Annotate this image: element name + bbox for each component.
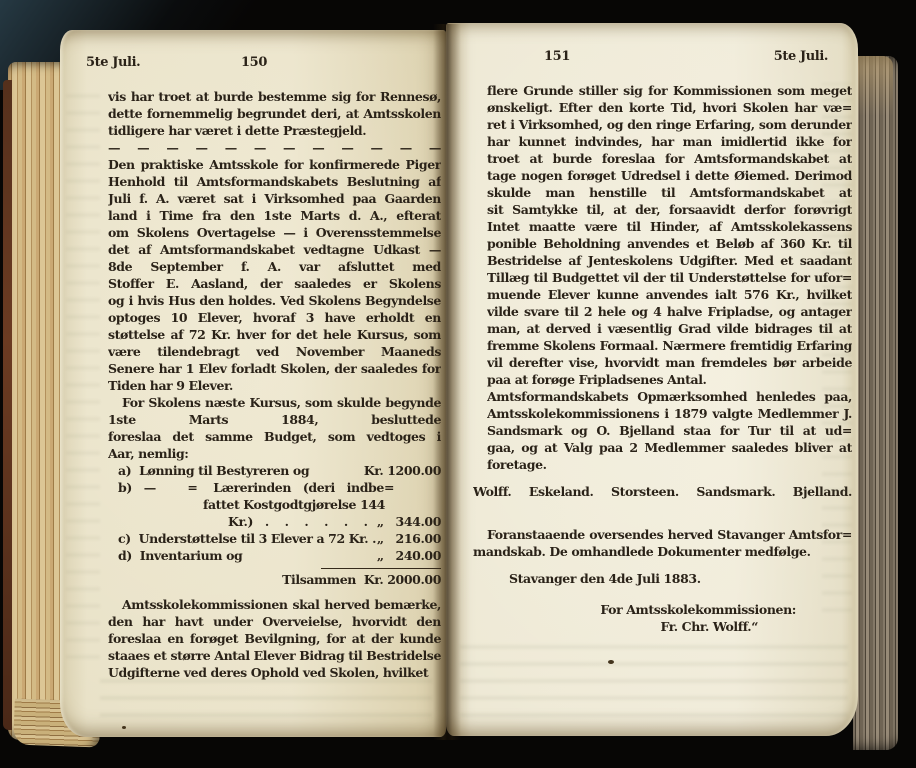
text-line: Fr. Chr. Wolff.“ [487, 618, 852, 635]
page-edges-right [853, 56, 898, 750]
text-line: Kr.) . . . . . .„ 344.00 [108, 513, 441, 530]
line-text: a) Lønning til Bestyreren og Hustru . [108, 462, 364, 479]
line-text: muende Elever kunne anvendes ialt 576 Kr… [487, 286, 852, 303]
text-line: man, at derved i væsentlig Grad vilde bi… [487, 320, 852, 337]
line-text: tage nogen forøget Udredsel i dette Øiem… [487, 167, 852, 184]
text-line: Aar, nemlig: [108, 445, 441, 462]
line-text: skulde man henstille til Amtsformandskab… [487, 184, 852, 201]
line-text: vis har troet at burde bestemme sig for … [108, 88, 441, 105]
line-text: 8de September f. A. var afsluttet med Ga… [108, 258, 441, 275]
header-date: 5te Juli. [86, 55, 140, 70]
text-line: foreslaa det samme Budget, som vedtoges … [108, 428, 441, 445]
amount: „ 216.00 [377, 530, 441, 547]
line-text: Henhold til Amtsformandskabets Beslutnin… [108, 173, 441, 190]
page-number: 151 [507, 49, 607, 64]
text-line: Stoffer E. Aasland, der saaledes er Skol… [108, 275, 441, 292]
line-text: land i Time fra den 1ste Marts d. A., ef… [108, 207, 441, 224]
text-line: være tilendebragt ved November Maaneds U… [108, 343, 441, 360]
text-line: For Skolens næste Kursus, som skulde beg… [108, 394, 441, 411]
text-line: d) Inventarium og Administration . .„ 24… [108, 547, 441, 564]
text-line: tidligere har været i dette Præstegjeld. [108, 122, 441, 139]
line-text: Intet maatte være til Hinder, af Amtssko… [487, 218, 852, 235]
text-line: 5.Den praktiske Amtsskole for konfirmere… [108, 156, 441, 173]
text-line: den har havt under Overveielse, hvorvidt… [108, 613, 441, 630]
text-line: fremme Skolens Formaal. Nærmere fremtidi… [487, 337, 852, 354]
line-text: troet at burde foreslaa for Amtsformands… [487, 150, 852, 167]
line-text: det af Amtsformandskabet vedtagne Udkast… [108, 241, 441, 258]
line-text: vil derefter vise, hvorvidt man fremdele… [487, 354, 852, 371]
text-line: Senere har 1 Elev forladt Skolen, der sa… [108, 360, 441, 377]
text-line: 4.— — — — — — — — — — — — [108, 139, 441, 156]
text-line: Wolff. Eskeland. Storsteen. Sandsmark. B… [473, 483, 852, 500]
line-text: Amtsskolekommissionens i 1879 valgte Med… [487, 405, 852, 422]
line-text: fattet Kostgodtgjørelse 144 [108, 496, 441, 513]
line-text: Bestridelse af Jenteskolens Udgifter. Me… [487, 252, 852, 269]
text-line: sit Samtykke til, at der, forsaavidt der… [487, 201, 852, 218]
text-line: troet at burde foreslaa for Amtsformands… [487, 150, 852, 167]
line-text: Amtsformandskabets Opmærksomhed henledes… [487, 388, 852, 405]
text-line: om Skolens Overtagelse — i Overensstemme… [108, 224, 441, 241]
text-line: vis har troet at burde bestemme sig for … [108, 88, 441, 105]
left-page-header: 5te Juli. 150 [108, 55, 441, 73]
line-text: støttelse af 72 Kr. hver for det hele Ku… [108, 326, 441, 343]
line-text: Senere har 1 Elev forladt Skolen, der sa… [108, 360, 441, 377]
text-line: a) Lønning til Bestyreren og Hustru .Kr.… [108, 462, 441, 479]
line-text: foreslaa det samme Budget, som vedtoges … [108, 428, 441, 445]
line-text: Foranstaaende oversendes herved Stavange… [473, 526, 852, 543]
line-text: d) Inventarium og Administration . . [108, 547, 377, 564]
header-date: 5te Juli. [774, 49, 828, 64]
text-line: land i Time fra den 1ste Marts d. A., ef… [108, 207, 441, 224]
text-line: vil derefter vise, hvorvidt man fremdele… [487, 354, 852, 371]
text-line: mandskab. De omhandlede Dokumenter medfø… [473, 543, 852, 560]
line-text: staaes et større Antal Elever Bidrag til… [108, 647, 441, 664]
text-line: ønskeligt. Efter den korte Tid, hvori Sk… [487, 99, 852, 116]
line-text: foreslaa en forøget Bevilgning, for at d… [108, 630, 441, 647]
book-cover-edge [3, 80, 12, 730]
text-line: muende Elever kunne anvendes ialt 576 Kr… [487, 286, 852, 303]
text-line: vilde svare til 2 hele og 4 halve Fripla… [487, 303, 852, 320]
text-line: fattet Kostgodtgjørelse 144 [108, 496, 441, 513]
text-line: Henhold til Amtsformandskabets Beslutnin… [108, 173, 441, 190]
text-line: optoges 10 Elever, hvoraf 3 have erholdt… [108, 309, 441, 326]
line-text: gaa, og at Valg paa 2 Medlemmer saaledes… [487, 439, 852, 456]
text-line: det af Amtsformandskabet vedtagne Udkast… [108, 241, 441, 258]
line-text: Tilsammen Kr. 2000.00 [108, 571, 441, 588]
text-line: c) Understøttelse til 3 Elever a 72 Kr. … [108, 530, 441, 547]
text-line: dette fornemmelig begrundet deri, at Amt… [108, 105, 441, 122]
text-line: har kunnet indvindes, har man imidlertid… [487, 133, 852, 150]
left-page-body: vis har troet at burde bestemme sig for … [108, 88, 441, 681]
text-line: skulde man henstille til Amtsformandskab… [487, 184, 852, 201]
line-text: ønskeligt. Efter den korte Tid, hvori Sk… [487, 99, 852, 116]
line-text: Tiden har 9 Elever. [108, 377, 441, 394]
line-text: har kunnet indvindes, har man imidlertid… [487, 133, 852, 150]
text-line: flere Grunde stiller sig for Kommissione… [487, 82, 852, 99]
right-page: 151 5te Juli. flere Grunde stiller sig f… [446, 23, 858, 736]
left-page: 5te Juli. 150 vis har troet at burde bes… [60, 30, 446, 737]
line-text: Amtsskolekommissionen skal herved bemærk… [108, 596, 441, 613]
line-text: man, at derved i væsentlig Grad vilde bi… [487, 320, 852, 337]
line-text: dette fornemmelig begrundet deri, at Amt… [108, 105, 441, 122]
text-line: Udgifterne ved deres Ophold ved Skolen, … [108, 664, 441, 681]
text-line: Amtsskolekommissionens i 1879 valgte Med… [487, 405, 852, 422]
line-text: Fr. Chr. Wolff.“ [487, 618, 852, 635]
text-line: 1ste Marts 1884, besluttede Amtsskolekom… [108, 411, 441, 428]
line-text: b) — = Lærerinden (deri indbe= [108, 479, 441, 496]
line-text: fremme Skolens Formaal. Nærmere fremtidi… [487, 337, 852, 354]
text-line: ret i Virksomhed, og den ringe Erfaring,… [487, 116, 852, 133]
text-line: Tiden har 9 Elever. [108, 377, 441, 394]
text-line: 8de September f. A. var afsluttet med Ga… [108, 258, 441, 275]
line-text: den har havt under Overveielse, hvorvidt… [108, 613, 441, 630]
line-text: Udgifterne ved deres Ophold ved Skolen, … [108, 664, 441, 681]
line-text: — — — — — — — — — — — — [108, 139, 441, 156]
text-line: tage nogen forøget Udredsel i dette Øiem… [487, 167, 852, 184]
line-text: Tillæg til Budgettet vil der til Underst… [487, 269, 852, 286]
text-line: b) — = Lærerinden (deri indbe= [108, 479, 441, 496]
line-text: om Skolens Overtagelse — i Overensstemme… [108, 224, 441, 241]
line-text: For Amtsskolekommissionen: [487, 601, 852, 618]
line-text: sit Samtykke til, at der, forsaavidt der… [487, 201, 852, 218]
amount: „ 240.00 [377, 547, 441, 564]
text-line: Sandsmark og O. Bjelland staa for Tur ti… [487, 422, 852, 439]
text-line: foretage. [487, 456, 852, 473]
text-line: Foranstaaende oversendes herved Stavange… [473, 526, 852, 543]
text-line: og i hvis Hus den holdes. Ved Skolens Be… [108, 292, 441, 309]
line-text: Den praktiske Amtsskole for konfirmerede… [108, 156, 441, 173]
page-edges-right-highlight [853, 56, 893, 116]
line-text: mandskab. De omhandlede Dokumenter medfø… [473, 543, 852, 560]
line-text: vilde svare til 2 hele og 4 halve Fripla… [487, 303, 852, 320]
text-line: Bestridelse af Jenteskolens Udgifter. Me… [487, 252, 852, 269]
sum-rule [321, 568, 441, 569]
line-text: ret i Virksomhed, og den ringe Erfaring,… [487, 116, 852, 133]
right-page-header: 151 5te Juli. [487, 49, 852, 67]
line-text: Sandsmark og O. Bjelland staa for Tur ti… [487, 422, 852, 439]
line-text: Juli f. A. været sat i Virksomhed paa Ga… [108, 190, 441, 207]
text-line: Juli f. A. været sat i Virksomhed paa Ga… [108, 190, 441, 207]
line-text: 1ste Marts 1884, besluttede Amtsskolekom… [108, 411, 441, 428]
text-line: 6.Amtsformandskabets Opmærksomhed henled… [487, 388, 852, 405]
page-number: 150 [204, 55, 304, 70]
line-text: optoges 10 Elever, hvoraf 3 have erholdt… [108, 309, 441, 326]
line-text: paa at forøge Fripladsenes Antal. [487, 371, 852, 388]
text-line: Stavanger den 4de Juli 1883. [487, 570, 852, 587]
amount: „ 344.00 [377, 513, 441, 530]
line-text: foretage. [487, 456, 852, 473]
text-line: Amtsskolekommissionen skal herved bemærk… [108, 596, 441, 613]
line-text: flere Grunde stiller sig for Kommissione… [487, 82, 852, 99]
text-line: paa at forøge Fripladsenes Antal. [487, 371, 852, 388]
text-line: staaes et større Antal Elever Bidrag til… [108, 647, 441, 664]
text-line: For Amtsskolekommissionen: [487, 601, 852, 618]
line-text: tidligere har været i dette Præstegjeld. [108, 122, 441, 139]
text-line: foreslaa en forøget Bevilgning, for at d… [108, 630, 441, 647]
line-text: Wolff. Eskeland. Storsteen. Sandsmark. B… [473, 483, 852, 500]
right-page-body: flere Grunde stiller sig for Kommissione… [487, 82, 852, 635]
amount: Kr. 1200.00 [364, 462, 441, 479]
line-text: Aar, nemlig: [108, 445, 441, 462]
text-line: Intet maatte være til Hinder, af Amtssko… [487, 218, 852, 235]
line-text: Stoffer E. Aasland, der saaledes er Skol… [108, 275, 441, 292]
line-text: c) Understøttelse til 3 Elever a 72 Kr. … [108, 530, 377, 547]
line-text: For Skolens næste Kursus, som skulde beg… [108, 394, 441, 411]
text-line: ponible Beholdning anvendes et Beløb af … [487, 235, 852, 252]
line-text: være tilendebragt ved November Maaneds U… [108, 343, 441, 360]
line-text: og i hvis Hus den holdes. Ved Skolens Be… [108, 292, 441, 309]
text-line: støttelse af 72 Kr. hver for det hele Ku… [108, 326, 441, 343]
line-text: Kr.) . . . . . . [108, 513, 377, 530]
text-line: gaa, og at Valg paa 2 Medlemmer saaledes… [487, 439, 852, 456]
text-line: Tillæg til Budgettet vil der til Underst… [487, 269, 852, 286]
line-text: Stavanger den 4de Juli 1883. [487, 570, 852, 587]
line-text: ponible Beholdning anvendes et Beløb af … [487, 235, 852, 252]
text-line: Tilsammen Kr. 2000.00 [108, 571, 441, 588]
